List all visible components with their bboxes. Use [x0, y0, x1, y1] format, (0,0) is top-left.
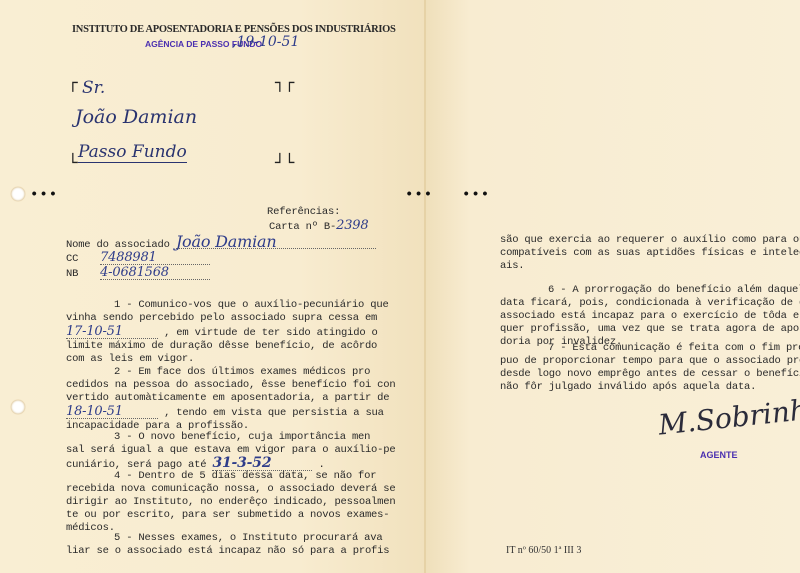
paragraph-6: 6 - A prorrogação do benefício além daqu… — [500, 284, 800, 349]
punch-hole — [11, 187, 25, 201]
text-line: 4 - Dentro de 5 dias dessa data, se não … — [66, 470, 411, 483]
text-line: compatíveis com as suas aptidões físicas… — [500, 247, 800, 260]
ellipsis-mark: ••• — [30, 190, 58, 200]
text-line: liar se o associado está incapaz não só … — [66, 545, 411, 558]
text-line: cedidos na pessoa do associado, êsse ben… — [66, 379, 411, 392]
address-city: Passo Fundo — [78, 142, 187, 163]
text-line: 6 - A prorrogação do benefício além daqu… — [500, 284, 800, 297]
field-value: 7488981 — [100, 251, 210, 265]
field-value: 4-0681568 — [100, 266, 210, 280]
text-line: recebida nova comunicação nossa, o assoc… — [66, 483, 411, 496]
text-line: são que exercia ao requerer o auxílio co… — [500, 234, 800, 247]
text-line: com as leis em vigor. — [66, 353, 411, 366]
text-line: data ficará, pois, condicionada à verifi… — [500, 297, 800, 310]
field-label: NB — [66, 268, 94, 281]
ellipsis-mark: ••• — [462, 190, 490, 200]
text-line: puo de proporcionar tempo para que o ass… — [500, 355, 800, 368]
cessation-date: 17-10-51 — [66, 325, 158, 339]
ellipsis-mark: ••• — [405, 190, 433, 200]
text-line: 3 - O novo benefício, cuja importância m… — [66, 431, 411, 444]
payment-until-date: 31-3-52 — [212, 457, 312, 471]
text-line: não fôr julgado inválido após aquela dat… — [500, 381, 800, 394]
text-line: 5 - Nesses exames, o Instituto procurará… — [66, 532, 411, 545]
text-line: te ou por escrito, para ser submetido a … — [66, 509, 411, 522]
form-code: IT nº 60/50 1ª III 3 — [506, 545, 581, 556]
text-line: 7 - Esta comunicação é feita com o fim p… — [500, 342, 800, 355]
paragraph-5-continued: são que exercia ao requerer o auxílio co… — [500, 234, 800, 273]
field-label: CC — [66, 253, 94, 266]
address-name: João Damian — [75, 106, 197, 128]
address-bracket-bottom-right: ┘└ — [275, 153, 294, 172]
address-salutation: Sr. — [82, 78, 105, 98]
paragraph-4: 4 - Dentro de 5 dias dessa data, se não … — [66, 470, 411, 535]
letter-number: 2398 — [336, 218, 368, 233]
address-bracket-top-left: ┌ — [68, 73, 78, 92]
text-line: associado está incapaz para o exercício … — [500, 310, 800, 323]
text-line: limite máximo de duração dêsse benefício… — [66, 340, 411, 353]
references-label: Referências: — [267, 206, 340, 219]
text-line: ais. — [500, 260, 800, 273]
field-cc: CC 7488981 — [66, 251, 210, 266]
address-bracket-bottom-left: └ — [68, 153, 78, 172]
paragraph-7: 7 - Esta comunicação é feita com o fim p… — [500, 342, 800, 394]
address-bracket-top-right: ┐┌ — [275, 73, 294, 92]
letter-reference: Carta nº B-2398 — [269, 219, 368, 234]
letter-label: Carta nº B- — [269, 221, 336, 233]
page-fold — [424, 0, 426, 573]
field-nb: NB 4-0681568 — [66, 266, 210, 281]
punch-hole — [11, 400, 25, 414]
paragraph-2: 2 - Em face dos últimos exames médicos p… — [66, 366, 411, 433]
text-line: 18-10-51 , tendo em vista que persistia … — [66, 405, 411, 420]
paragraph-5: 5 - Nesses exames, o Instituto procurará… — [66, 532, 411, 558]
text-line: quer profissão, uma vez que se trata ago… — [500, 323, 800, 336]
agent-stamp: AGENTE — [700, 450, 738, 460]
paragraph-3: 3 - O novo benefício, cuja importância m… — [66, 431, 411, 472]
handwritten-date: ,19-10-51 — [232, 34, 299, 50]
text-line: 17-10-51 , em virtude de ter sido atingi… — [66, 325, 411, 340]
text-line: 1 - Comunico-vos que o auxílio-pecuniári… — [66, 299, 411, 312]
paragraph-1: 1 - Comunico-vos que o auxílio-pecuniári… — [66, 299, 411, 366]
field-value: João Damian — [176, 235, 376, 249]
text-line: 2 - Em face dos últimos exames médicos p… — [66, 366, 411, 379]
text-line: desde logo novo emprêgo antes de cessar … — [500, 368, 800, 381]
text-line: dirigir ao Instituto, no enderêço indica… — [66, 496, 411, 509]
retirement-start-date: 18-10-51 — [66, 405, 158, 419]
